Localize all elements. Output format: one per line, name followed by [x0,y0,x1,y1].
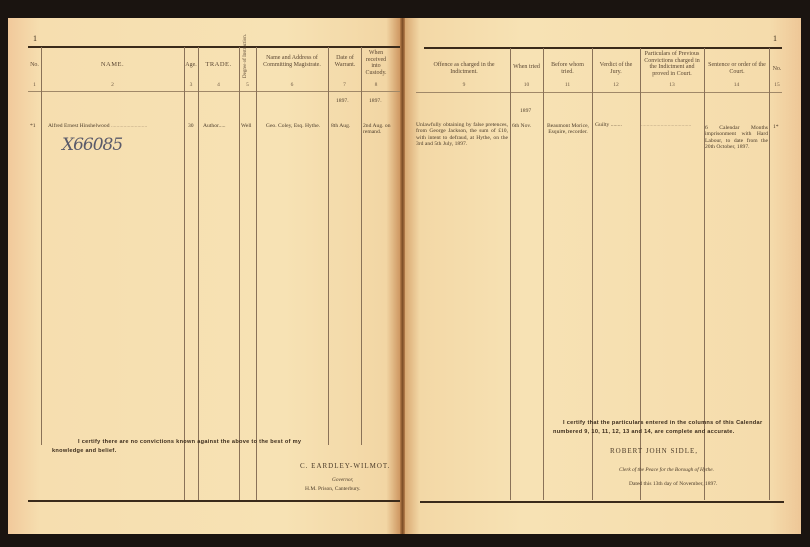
col-number: 7 [328,82,361,88]
col-header-instruction: Degree of Instruction. [243,34,249,78]
col-divider [510,48,511,500]
left-top-rule [28,46,400,48]
entry-no: *1 [30,123,36,129]
entry-offence: Unlawfully obtaining by false pretences,… [416,122,508,147]
col-divider [198,47,199,500]
entry-no-right: 1* [773,124,779,130]
entry-custody-year: 1897. [369,98,382,104]
col-header-warrant: Date of Warrant. [330,55,360,68]
col-header-age: Age. [184,62,198,69]
entry-before-whom: Beaumont Morice, Esquire, recorder. [545,123,591,136]
col-header-sentence: Sentence or order of the Court. [706,62,768,75]
col-header-trade: TRADE. [198,62,239,69]
clerk-title: Clerk of the Peace for the Borough of Hy… [619,467,714,473]
left-page-mark: 1 [33,34,37,43]
col-header-no-right: No. [769,66,785,73]
col-divider [543,48,544,500]
col-header-custody: When received into Custody. [362,50,390,76]
col-divider [328,47,329,445]
clerk-certificate: I certify that the particulars entered i… [553,419,763,437]
entry-age: 30 [188,123,194,129]
right-page [403,18,801,534]
entry-previous-convictions: .................................... [641,122,703,128]
col-number: 8 [361,82,391,88]
col-header-offence: Offence as charged in the Indictment. [420,62,508,75]
governor-title: Governor, [332,477,353,483]
col-number: 1 [28,82,41,88]
right-bottom-rule [420,501,784,503]
right-page-mark: 1 [773,34,777,43]
col-number: 12 [592,82,640,88]
entry-tried-date: 6th Nov. [512,123,531,129]
col-number: 2 [41,82,184,88]
col-number: 4 [198,82,239,88]
entry-tried-year: 1897 [520,108,531,114]
col-header-no: No. [28,62,41,69]
entry-trade: Author..... [203,123,226,129]
col-divider [769,48,770,500]
governor-name: C. EARDLEY-WILMOT. [300,462,390,470]
col-number: 15 [769,82,785,88]
left-header-rule [28,91,400,92]
col-header-name: NAME. [41,62,184,69]
book-gutter [400,18,405,534]
entry-magistrate: Geo. Coley, Esq. Hythe. [259,123,327,129]
entry-sentence: 6 Calendar Months imprisonment with Hard… [705,125,768,150]
col-divider [41,47,42,445]
right-top-rule [424,47,782,49]
entry-warrant-date: 8th Aug. [331,123,350,129]
col-number: 14 [704,82,769,88]
entry-name: Alfred Ernest Hinshelwood ..............… [48,123,182,129]
col-number: 6 [256,82,328,88]
col-number: 13 [640,82,704,88]
left-page [8,18,403,534]
col-number: 11 [543,82,592,88]
col-header-verdict: Verdict of the Jury. [594,62,638,75]
col-divider [361,47,362,445]
col-header-previous-convictions: Particulars of Previous Convictions char… [642,51,702,77]
col-number: 5 [239,82,256,88]
date-line: Dated this 13th day of November, 1897. [629,481,717,487]
handwritten-annotation: X66085 [62,135,122,155]
governor-certificate: I certify there are no convictions known… [52,438,332,456]
left-bottom-rule [28,500,400,502]
col-header-magistrate: Name and Address of Committing Magistrat… [258,55,326,68]
col-number: 3 [184,82,198,88]
clerk-name: ROBERT JOHN SIDLE, [610,447,698,455]
col-divider [256,47,257,500]
entry-instruction: Well [241,123,251,129]
entry-warrant-year: 1897. [336,98,349,104]
col-divider [239,47,240,500]
col-divider [184,47,185,500]
col-number: 9 [420,82,508,88]
col-header-when-tried: When tried [510,64,543,71]
entry-verdict: Guilty ........ [595,122,622,128]
col-number: 10 [510,82,543,88]
prison-name: H.M. Prison, Canterbury. [305,486,361,492]
col-header-before-whom: Before whom tried. [545,62,590,75]
entry-custody-date: 2nd Aug. on remand. [363,123,395,136]
right-header-rule [416,92,782,93]
